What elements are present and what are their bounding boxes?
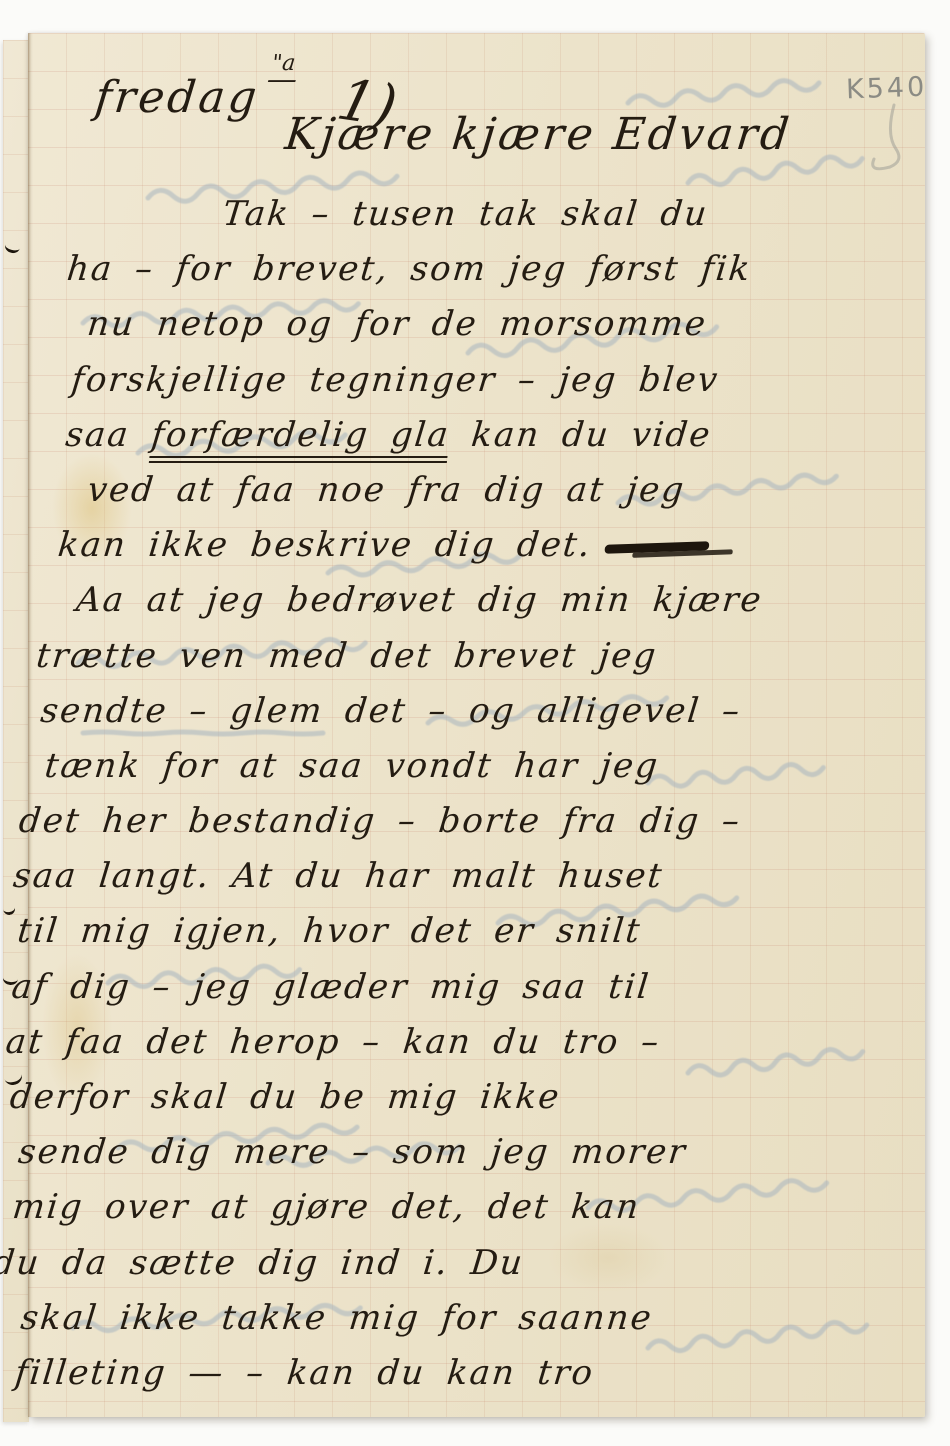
letter-line: ved at faa noe fra dig at jeg (41, 465, 862, 520)
letter-line: sendte – glem det – og alligevel – (18, 686, 839, 741)
letter-line: saa langt. At du har malt huset (0, 851, 821, 906)
letter-line: mig over at gjøre det, det kan (0, 1182, 786, 1237)
letter-line: derfor skal du be mig ikke (0, 1072, 798, 1127)
letter-page: K540 fredag"a—1) Kjære kjære Edvard Tak … (28, 33, 925, 1417)
letter-line: til mig igjen, hvor det er snilt (0, 906, 815, 961)
insertion-mark: "a— (266, 55, 299, 87)
line-text: forskjellige tegninger – jeg blev (69, 360, 721, 400)
letter-line: nu netop og for de morsomme (58, 299, 879, 354)
handwriting-layer: fredag"a—1) Kjære kjære Edvard Tak – tus… (0, 33, 925, 1417)
letter-line: det her bestandig – borte fra dig – (6, 796, 827, 851)
letter-line: kan ikke beskrive dig det. (35, 520, 856, 575)
letter-body: Tak – tusen tak skal duha – for brevet, … (0, 189, 891, 1403)
line-text: saa langt. At du har malt huset (11, 856, 665, 896)
line-text: det her bestandig – borte fra dig – (17, 801, 743, 841)
line-text: saa (64, 415, 154, 455)
line-text: Tak – tusen tak skal du (221, 194, 711, 234)
line-text: trætte ven med det brevet jeg (34, 636, 659, 676)
letter-line: at faa det herop – kan du tro – (0, 1017, 804, 1072)
letter-line: af dig – jeg glæder mig saa til (0, 962, 809, 1017)
letter-line: forskjellige tegninger – jeg blev (52, 355, 873, 410)
dateline-day: fredag (93, 72, 262, 123)
letter-line: filleting — – kan du kan tro (0, 1348, 769, 1403)
line-text: til mig igjen, hvor det er snilt (15, 911, 643, 951)
letter-line: saa forfærdelig gla kan du vide (47, 410, 868, 465)
line-text: tænk for at saa vondt har jeg (43, 746, 661, 786)
line-text: sende dig mere – som jeg morer (16, 1132, 688, 1172)
letter-line: Aa at jeg bedrøvet dig min kjære (29, 575, 850, 630)
salutation: Kjære kjære Edvard (283, 109, 795, 160)
line-text: ved at faa noe fra dig at jeg (86, 470, 687, 510)
ink-dash (605, 541, 710, 554)
letter-line: ha – for brevet, som jeg først fik (64, 244, 885, 299)
line-text: Aa at jeg bedrøvet dig min kjære (74, 580, 765, 620)
line-text: skal ikke takke mig for saanne (19, 1298, 655, 1338)
line-text: at faa det herop – kan du tro – (4, 1022, 663, 1062)
line-text: filleting — – kan du kan tro (13, 1353, 596, 1393)
letter-line: Tak – tusen tak skal du (70, 189, 891, 244)
letter-line: du da sætte dig ind i. Du (0, 1238, 780, 1293)
line-text: kan du vide (448, 415, 714, 455)
letter-line: skal ikke takke mig for saanne (0, 1293, 775, 1348)
underlined-text: forfærdelig gla (149, 415, 452, 463)
line-text: kan ikke beskrive dig det. (56, 525, 594, 565)
letter-line: sende dig mere – som jeg morer (0, 1127, 792, 1182)
line-text: mig over at gjøre det, det kan (10, 1187, 642, 1227)
letter-line: tænk for at saa vondt har jeg (12, 741, 833, 796)
scanned-letter-document: { "archive": { "mark": "K540" }, "letter… (0, 0, 950, 1446)
line-text: nu netop og for de morsomme (85, 304, 709, 344)
line-text: af dig – jeg glæder mig saa til (10, 967, 653, 1007)
line-text: du da sætte dig ind i. Du (0, 1243, 526, 1283)
line-text: sendte – glem det – og alligevel – (39, 691, 744, 731)
line-text: ha – for brevet, som jeg først fik (65, 249, 753, 289)
letter-line: trætte ven med det brevet jeg (23, 631, 844, 686)
line-text: derfor skal du be mig ikke (8, 1077, 563, 1117)
